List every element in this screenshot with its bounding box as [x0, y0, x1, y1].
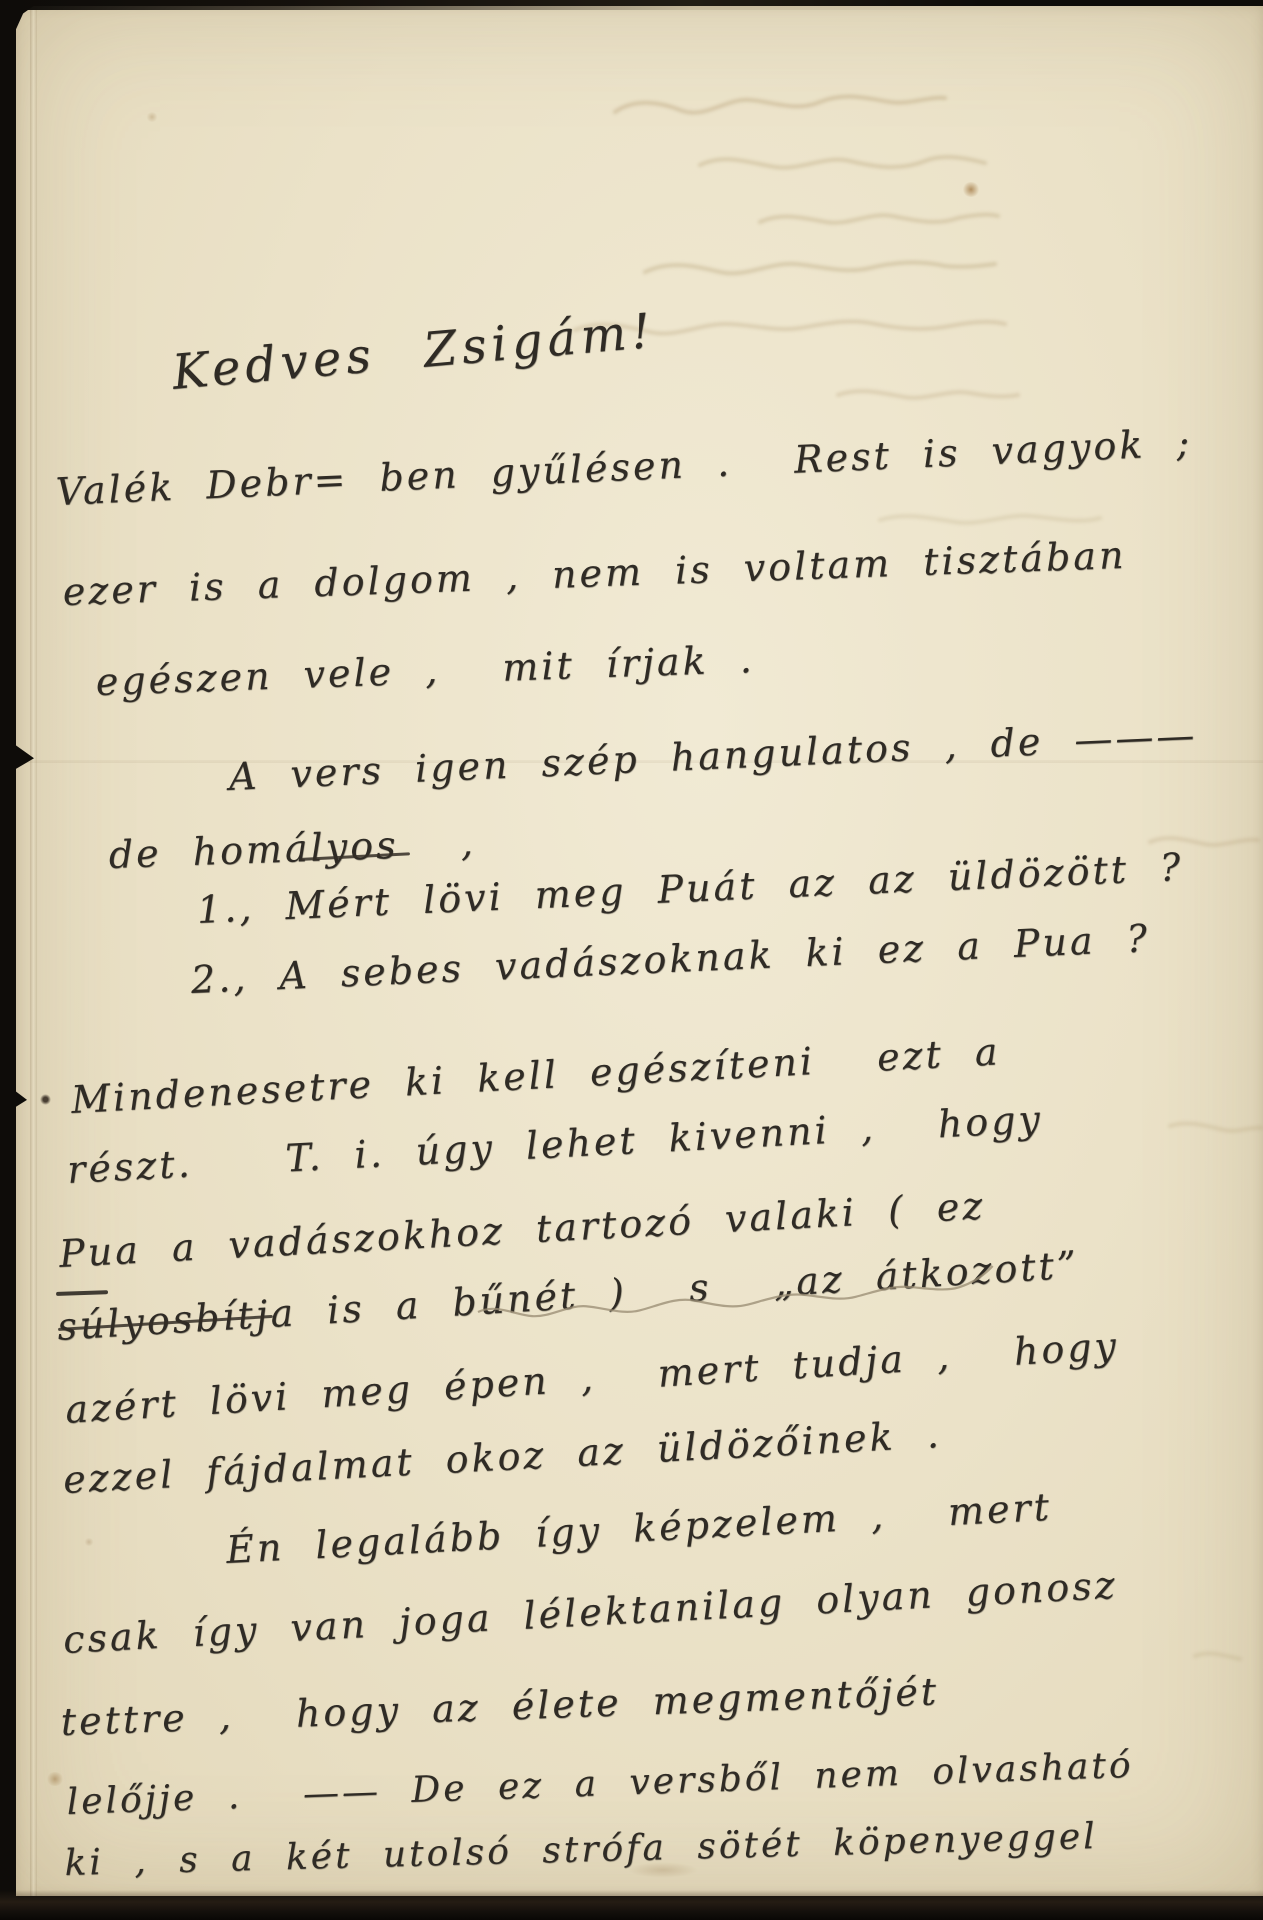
letter-scan: Kedves Zsigám! Valék Debr= ben gyűlésen …: [0, 0, 1263, 1920]
scan-edge-top: [0, 0, 1263, 10]
scan-edge-bottom: [0, 1890, 1263, 1920]
scan-edge-left: [0, 0, 16, 1920]
vertical-fold-crease: [30, 8, 37, 1896]
